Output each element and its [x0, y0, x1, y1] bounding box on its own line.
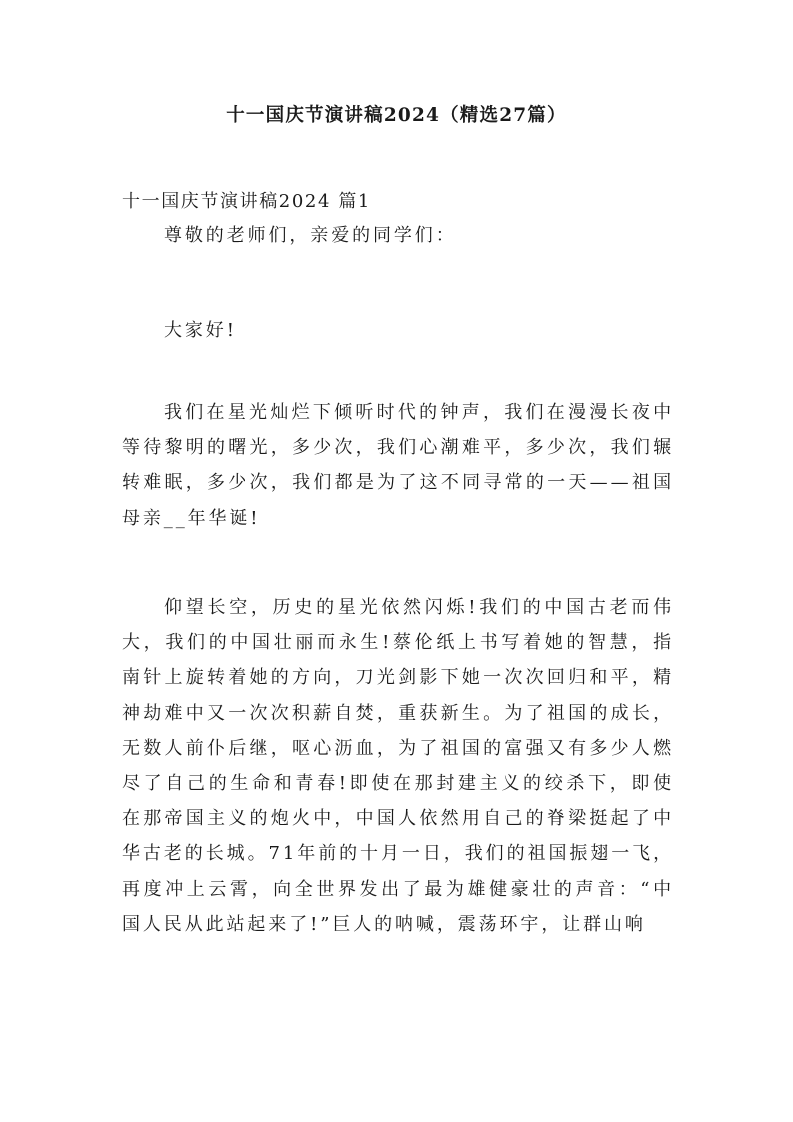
paragraph-body-2: 仰望长空，历史的星光依然闪烁!我们的中国古老而伟大，我们的中国壮丽而永生!蔡伦纸… — [122, 590, 674, 942]
paragraph-greeting: 尊敬的老师们，亲爱的同学们： — [122, 218, 674, 253]
paragraph-body-1: 我们在星光灿烂下倾听时代的钟声，我们在漫漫长夜中等待黎明的曙光，多少次，我们心潮… — [122, 395, 674, 536]
document-title: 十一国庆节演讲稿2024（精选27篇） — [0, 103, 793, 129]
section-heading: 十一国庆节演讲稿2024 篇1 — [122, 189, 371, 215]
paragraph-hello: 大家好! — [122, 313, 674, 348]
document-page: 十一国庆节演讲稿2024（精选27篇） 十一国庆节演讲稿2024 篇1 尊敬的老… — [0, 0, 793, 1122]
